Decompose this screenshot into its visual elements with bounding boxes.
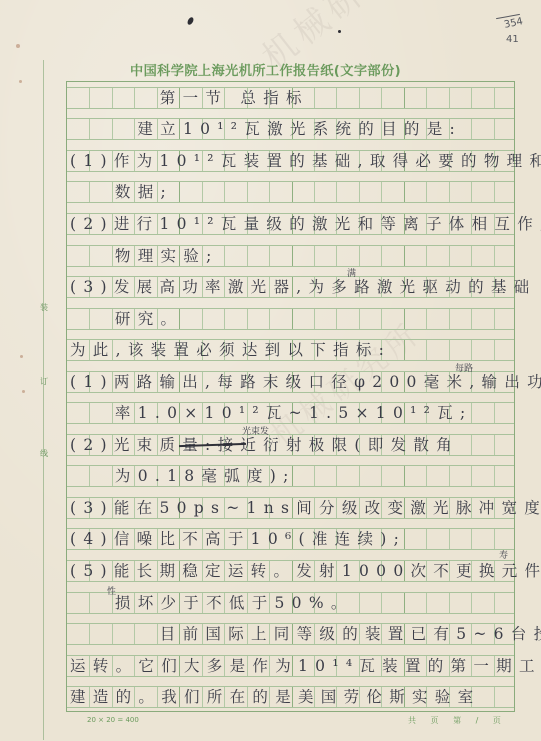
grid-column-line: [471, 88, 472, 108]
grid-column-line: [269, 182, 270, 202]
grid-column-line: [314, 88, 315, 108]
grid-column-line: [471, 529, 472, 549]
grid-column-line: [336, 309, 337, 329]
grid-column-line: [426, 309, 427, 329]
grid-column-line: [494, 340, 495, 360]
grid-column-line: [449, 593, 450, 613]
grid-column-line: [359, 309, 360, 329]
grid-column-line: [247, 182, 248, 202]
grid-column-line: [494, 182, 495, 202]
grid-column-line: [426, 182, 427, 202]
grid-column-line: [292, 246, 293, 266]
grid-column-line: [247, 246, 248, 266]
handwritten-line: 第一节 总指标: [160, 87, 309, 109]
grid-column-line: [292, 182, 293, 202]
handwritten-line: (3)能在50ps~1ns间分级改变激光脉冲宽度;: [70, 497, 541, 519]
grid-column-line: [359, 88, 360, 108]
grid-column-line: [247, 309, 248, 329]
grid-column-line: [89, 246, 90, 266]
paper-speck: [16, 44, 20, 48]
interlinear-annotation: 寿: [499, 548, 508, 561]
grid-column-line: [224, 246, 225, 266]
grid-column-line: [449, 246, 450, 266]
grid-column-line: [494, 246, 495, 266]
grid-column-line: [89, 119, 90, 139]
grid-column-line: [134, 624, 135, 644]
grid-column-line: [359, 593, 360, 613]
grid-column-line: [471, 119, 472, 139]
grid-column-line: [336, 88, 337, 108]
form-title: 中国科学院上海光机所工作报告纸(文字部份): [130, 60, 455, 79]
handwritten-line: 数据;: [115, 181, 173, 203]
grid-column-line: [359, 466, 360, 486]
grid-column-line: [381, 88, 382, 108]
archive-number-value: 354: [503, 16, 524, 31]
grid-column-line: [314, 182, 315, 202]
grid-column-line: [449, 529, 450, 549]
grid-column-line: [449, 340, 450, 360]
grid-column-line: [134, 119, 135, 139]
grid-column-line: [157, 624, 158, 644]
grid-column-line: [381, 466, 382, 486]
grid-column-line: [112, 182, 113, 202]
grid-column-line: [89, 309, 90, 329]
handwritten-line: 物理实验;: [115, 245, 219, 267]
grid-column-line: [404, 340, 405, 360]
grid-column-line: [404, 182, 405, 202]
page-number-label: 共 页 第 / 页: [408, 715, 507, 726]
grid-column-line: [494, 529, 495, 549]
grid-column-line: [471, 182, 472, 202]
handwritten-line: (2)进行10¹²瓦量级的激光和等离子体相互作用的: [70, 213, 541, 235]
grid-column-line: [494, 403, 495, 423]
grid-column-line: [202, 309, 203, 329]
interlinear-annotation: 满: [347, 266, 356, 279]
grid-column-line: [381, 309, 382, 329]
grid-column-line: [314, 466, 315, 486]
paper-speck: [20, 355, 23, 358]
grid-column-line: [449, 466, 450, 486]
grid-column-line: [426, 88, 427, 108]
grid-column-line: [426, 340, 427, 360]
grid-column-line: [471, 466, 472, 486]
grid-column-line: [157, 88, 158, 108]
grid-column-line: [449, 182, 450, 202]
margin-label-zhuang: 装: [40, 302, 48, 313]
grid-column-line: [381, 246, 382, 266]
ink-blot: [186, 16, 194, 25]
grid-column-line: [112, 309, 113, 329]
grid-column-line: [336, 246, 337, 266]
grid-column-line: [314, 309, 315, 329]
grid-column-line: [494, 687, 495, 707]
handwritten-line: 损坏少于不低于50%。: [115, 592, 354, 614]
margin-label-xian: 线: [40, 448, 48, 459]
grid-column-line: [112, 119, 113, 139]
grid-column-line: [471, 246, 472, 266]
grid-column-line: [359, 246, 360, 266]
grid-column-line: [471, 309, 472, 329]
grid-column-line: [426, 466, 427, 486]
handwritten-line: (1)作为10¹²瓦装置的基础,取得必要的物理和工程: [70, 150, 541, 172]
grid-column-line: [426, 593, 427, 613]
grid-column-line: [359, 182, 360, 202]
grid-column-line: [269, 246, 270, 266]
grid-column-line: [471, 593, 472, 613]
paper-speck: [19, 80, 22, 83]
grid-column-line: [449, 88, 450, 108]
grid-column-line: [494, 466, 495, 486]
grid-column-line: [314, 246, 315, 266]
archive-number: 354 41: [492, 10, 536, 50]
interlinear-annotation: 光束发: [242, 424, 269, 437]
grid-column-line: [89, 88, 90, 108]
handwritten-line: (2)光束质量:接近衍射极限(即发散角: [70, 434, 459, 456]
writing-grid: 第一节 总指标建立10¹²瓦激光系统的目的是:(1)作为10¹²瓦装置的基础,取…: [66, 81, 515, 712]
grid-column-line: [292, 309, 293, 329]
grid-column-line: [381, 182, 382, 202]
handwritten-line: (3)发展高功率激光器,为多路激光驱动的基础: [70, 276, 536, 298]
grid-column-line: [89, 593, 90, 613]
ink-dot: [338, 30, 341, 33]
handwritten-line: (5)能长期稳定运转。发射1000次不更换元件,: [70, 560, 541, 582]
grid-column-line: [494, 593, 495, 613]
grid-column-line: [404, 466, 405, 486]
grid-column-line: [89, 624, 90, 644]
grid-column-line: [202, 182, 203, 202]
grid-column-line: [89, 466, 90, 486]
handwritten-line: 研究。: [115, 308, 183, 330]
grid-column-line: [112, 403, 113, 423]
grid-column-line: [112, 624, 113, 644]
grid-column-line: [336, 466, 337, 486]
grid-column-line: [224, 309, 225, 329]
grid-column-line: [494, 119, 495, 139]
interlinear-annotation: 性: [107, 584, 116, 597]
grid-column-line: [404, 88, 405, 108]
paper-speck: [22, 390, 25, 393]
grid-column-line: [89, 403, 90, 423]
handwritten-line: 目前国际上同等级的装置已有5~6台投入: [160, 623, 541, 645]
grid-column-line: [336, 182, 337, 202]
manuscript-page: 机械研究所 机械研究所 354 41 中国科学院上海光机所工作报告纸(文字部份)…: [0, 0, 541, 741]
grid-column-line: [426, 529, 427, 549]
grid-column-line: [404, 309, 405, 329]
grid-size-label: 20 × 20 = 400: [87, 716, 139, 724]
grid-column-line: [112, 466, 113, 486]
interlinear-annotation: 每路: [455, 361, 473, 374]
grid-column-line: [112, 88, 113, 108]
grid-column-line: [112, 246, 113, 266]
handwritten-line: (1)两路输出,每路末级口径φ200毫米,输出功: [70, 371, 541, 393]
handwritten-line: (4)信噪比不高于10⁶(准连续);: [70, 528, 406, 550]
grid-column-line: [494, 309, 495, 329]
archive-number-sub: 41: [506, 34, 519, 45]
handwritten-line: 建造的。我们所在的是美国劳伦斯实验室: [70, 686, 480, 708]
grid-column-line: [381, 593, 382, 613]
grid-column-line: [404, 246, 405, 266]
handwritten-line: 为此,该装置必须达到以下指标:: [70, 339, 391, 361]
handwritten-line: 为0.18毫弧度);: [115, 465, 296, 487]
grid-column-line: [224, 182, 225, 202]
grid-column-line: [404, 593, 405, 613]
margin-label-ding: 订: [40, 376, 48, 387]
grid-column-line: [89, 182, 90, 202]
handwritten-line: 建立10¹²瓦激光系统的目的是:: [137, 118, 462, 140]
grid-column-line: [134, 88, 135, 108]
grid-column-line: [449, 309, 450, 329]
grid-column-line: [179, 182, 180, 202]
binding-margin-line: [43, 60, 44, 740]
grid-column-line: [269, 309, 270, 329]
grid-column-line: [494, 88, 495, 108]
handwritten-line: 运转。它们大多是作为10¹⁴瓦装置的第一期工程: [70, 655, 541, 677]
grid-column-line: [471, 340, 472, 360]
grid-column-line: [471, 435, 472, 455]
handwritten-line: 率1.0×10¹²瓦~1.5×10¹²瓦;: [115, 402, 473, 424]
grid-column-line: [426, 246, 427, 266]
grid-column-line: [494, 435, 495, 455]
